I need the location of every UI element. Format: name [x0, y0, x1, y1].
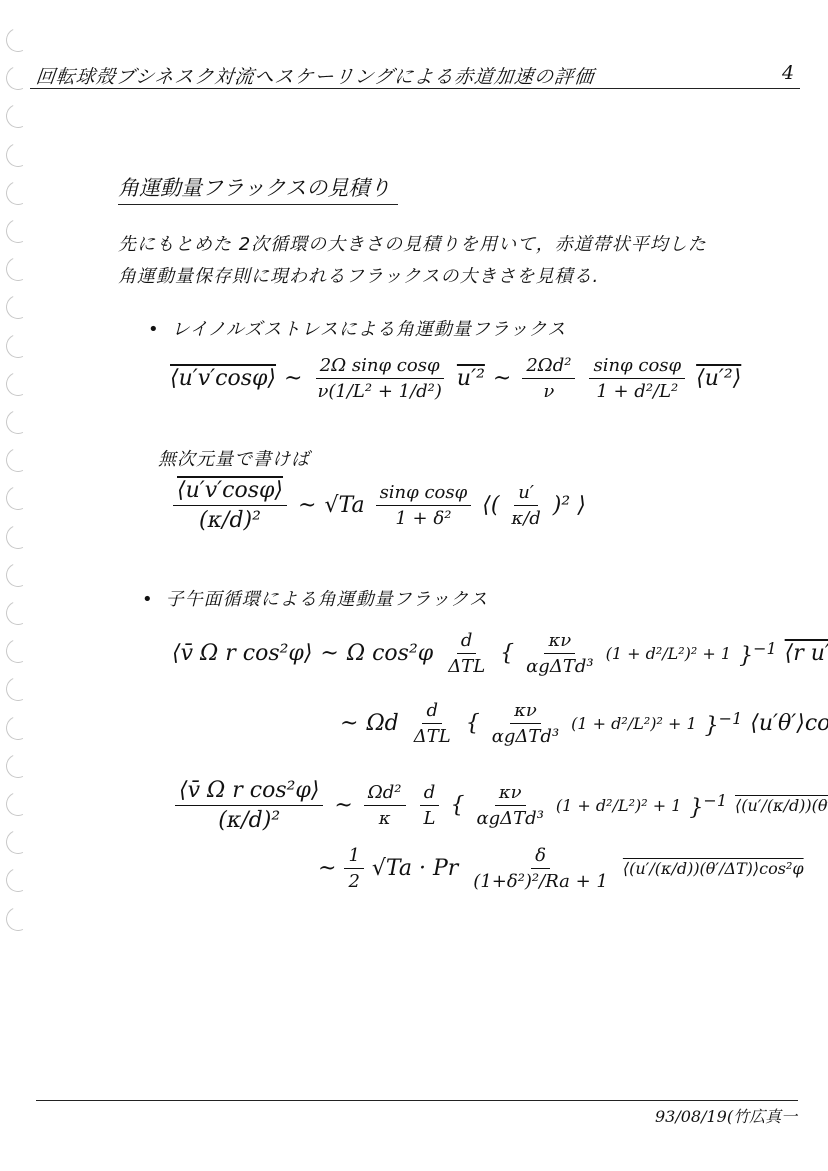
sim-symbol: ~ — [284, 366, 302, 391]
eq3-lhs: ⟨v̄ Ω r cos²φ⟩ — [172, 641, 312, 666]
eq5-fraction-2: d L — [420, 782, 440, 829]
binder-hole — [3, 483, 34, 514]
numerator: κν — [495, 782, 526, 806]
denominator: ΔTL — [444, 654, 489, 677]
eq2-fraction: sinφ cosφ 1 + δ² — [376, 482, 472, 529]
numerator: δ — [531, 845, 550, 869]
binder-hole — [3, 559, 34, 590]
eq1-fraction-3: sinφ cosφ 1 + d²/L² — [589, 355, 685, 402]
denominator: 1 + δ² — [391, 506, 455, 529]
denominator: ν — [539, 379, 558, 402]
bullet-reynolds-stress: レイノルズストレスによる角運動量フラックス — [148, 315, 566, 341]
equation-meridional-flux-2: ~ Ωd d ΔTL { κν αgΔTd³ (1 + d²/L²)² + 1 … — [340, 700, 828, 747]
binder-hole — [3, 636, 34, 667]
sqrt-ta-pr: √Ta · Pr — [372, 856, 458, 881]
sim-symbol: ~ — [334, 793, 352, 818]
numerator: sinφ cosφ — [376, 482, 472, 506]
eq3-tail: ⟨r u′θ′⟩ — [785, 641, 828, 666]
nondimensional-label: 無次元量で書けば — [158, 445, 310, 471]
header-rule — [30, 88, 800, 89]
binder-hole — [3, 63, 34, 94]
eq3-coef: Ω cos²φ — [347, 641, 433, 666]
numerator: ⟨v̄ Ω r cos²φ⟩ — [175, 778, 323, 806]
footer-rule — [36, 1100, 798, 1101]
binder-hole — [3, 674, 34, 705]
denominator: ΔTL — [410, 724, 455, 747]
page-header-title: 回転球殻ブシネスク対流へスケーリングによる赤道加速の評価 — [35, 62, 596, 89]
eq5-tail: ⟨(u′/(κ/d))(θ′/ΔT)⟩cos²φ — [735, 796, 828, 815]
binder-hole — [3, 368, 34, 399]
eq5-exponent: −1 — [703, 791, 727, 810]
eq3-fraction: d ΔTL — [444, 630, 489, 677]
sim-symbol: ~ — [340, 711, 358, 736]
binder-hole — [3, 521, 34, 552]
binder-hole — [3, 827, 34, 858]
eq6-tail: ⟨(u′/(κ/d))(θ′/ΔT)⟩cos²φ — [623, 859, 804, 878]
numerator: u′ — [514, 482, 538, 506]
binder-hole — [3, 598, 34, 629]
numerator: 2Ωd² — [522, 355, 575, 379]
eq5-fraction-1: Ωd² κ — [364, 782, 406, 829]
binder-hole — [3, 177, 34, 208]
binder-hole — [3, 789, 34, 820]
eq5-brace-rest: (1 + d²/L²)² + 1 — [556, 796, 682, 815]
eq4-exponent: −1 — [719, 709, 743, 728]
sim-symbol: ~ — [298, 493, 316, 518]
numerator: κν — [510, 700, 541, 724]
intro-line-1: 先にもとめた 2次循環の大きさの見積りを用いて，赤道帯状平均した — [118, 230, 707, 256]
denominator: ν(1/L² + 1/d²) — [313, 379, 445, 402]
denominator: 1 + d²/L² — [592, 379, 682, 402]
denominator: αgΔTd³ — [472, 806, 547, 829]
denominator: κ/d — [507, 506, 544, 529]
equation-meridional-flux-1: ⟨v̄ Ω r cos²φ⟩ ~ Ω cos²φ d ΔTL { κν αgΔT… — [172, 630, 828, 677]
numerator: 2Ω sinφ cosφ — [316, 355, 444, 379]
numerator: Ωd² — [364, 782, 406, 806]
eq2-inner-fraction: u′ κ/d — [507, 482, 544, 529]
eq1-term-1: u′² — [457, 366, 485, 391]
denominator: αgΔTd³ — [522, 654, 597, 677]
intro-line-2: 角運動量保存則に現われるフラックスの大きさを見積る. — [118, 262, 599, 288]
denominator: (κ/d)² — [214, 806, 284, 833]
binder-hole — [3, 101, 34, 132]
eq1-fraction-1: 2Ω sinφ cosφ ν(1/L² + 1/d²) — [313, 355, 445, 402]
eq3-brace-fraction: κν αgΔTd³ — [522, 630, 597, 677]
binder-hole — [3, 865, 34, 896]
eq2-lhs: ⟨u′v′cosφ⟩ (κ/d)² — [173, 478, 287, 533]
equation-reynolds-nondim: ⟨u′v′cosφ⟩ (κ/d)² ~ √Ta sinφ cosφ 1 + δ²… — [170, 478, 586, 533]
binder-hole — [3, 330, 34, 361]
binder-hole — [3, 445, 34, 476]
binder-hole — [3, 139, 34, 170]
page-number: 4 — [782, 62, 794, 84]
equation-reynolds-flux: ⟨u′v′cosφ⟩ ~ 2Ω sinφ cosφ ν(1/L² + 1/d²)… — [170, 355, 741, 402]
equation-meridional-nondim-2: ~ 1 2 √Ta · Pr δ (1+δ²)²/Ra + 1 ⟨(u′/(κ/… — [318, 845, 804, 892]
sim-symbol: ~ — [320, 641, 338, 666]
numerator: d — [422, 700, 442, 724]
binder-hole — [3, 750, 34, 781]
numerator: κν — [544, 630, 575, 654]
denominator: 2 — [344, 869, 363, 892]
denominator: αgΔTd³ — [488, 724, 563, 747]
binder-hole — [3, 903, 34, 934]
eq4-coef: Ωd — [366, 711, 398, 736]
eq6-fraction: δ (1+δ²)²/Ra + 1 — [469, 845, 612, 892]
eq5-brace-fraction: κν αgΔTd³ — [472, 782, 547, 829]
eq3-exponent: −1 — [753, 639, 777, 658]
numerator: ⟨u′v′cosφ⟩ — [173, 478, 287, 506]
footer-signature: 93/08/19(竹広真一 — [655, 1104, 797, 1127]
numerator: sinφ cosφ — [589, 355, 685, 379]
denominator: κ — [375, 806, 395, 829]
denominator: L — [420, 806, 440, 829]
sim-symbol: ~ — [493, 366, 511, 391]
eq4-brace-rest: (1 + d²/L²)² + 1 — [571, 714, 697, 733]
numerator: d — [457, 630, 477, 654]
eq4-tail: ⟨u′θ′⟩cos²φ — [750, 711, 828, 736]
binder-hole — [3, 292, 34, 323]
eq3-brace-rest: (1 + d²/L²)² + 1 — [606, 644, 732, 663]
eq2-term-open: ⟨( — [482, 493, 499, 518]
eq1-fraction-2: 2Ωd² ν — [522, 355, 575, 402]
eq4-fraction: d ΔTL — [410, 700, 455, 747]
equation-meridional-nondim-1: ⟨v̄ Ω r cos²φ⟩ (κ/d)² ~ Ωd² κ d L { κν α… — [172, 778, 828, 833]
eq2-term-close: )² ⟩ — [553, 493, 586, 518]
numerator: 1 — [344, 845, 363, 869]
eq5-lhs: ⟨v̄ Ω r cos²φ⟩ (κ/d)² — [175, 778, 323, 833]
numerator: d — [420, 782, 440, 806]
binder-hole — [3, 216, 34, 247]
denominator: (κ/d)² — [195, 506, 265, 533]
binder-hole — [3, 712, 34, 743]
eq6-half: 1 2 — [344, 845, 363, 892]
denominator: (1+δ²)²/Ra + 1 — [469, 869, 612, 892]
bullet-meridional-circulation: 子午面循環による角運動量フラックス — [142, 585, 488, 611]
binder-hole — [3, 407, 34, 438]
sqrt-ta: √Ta — [324, 493, 364, 518]
binder-hole — [3, 254, 34, 285]
binder-hole — [3, 25, 34, 56]
eq4-brace-fraction: κν αgΔTd³ — [488, 700, 563, 747]
eq1-lhs: ⟨u′v′cosφ⟩ — [170, 366, 276, 391]
section-title: 角運動量フラックスの見積り — [118, 172, 398, 205]
sim-symbol: ~ — [318, 856, 336, 881]
eq1-term-2: ⟨u′²⟩ — [696, 366, 741, 391]
